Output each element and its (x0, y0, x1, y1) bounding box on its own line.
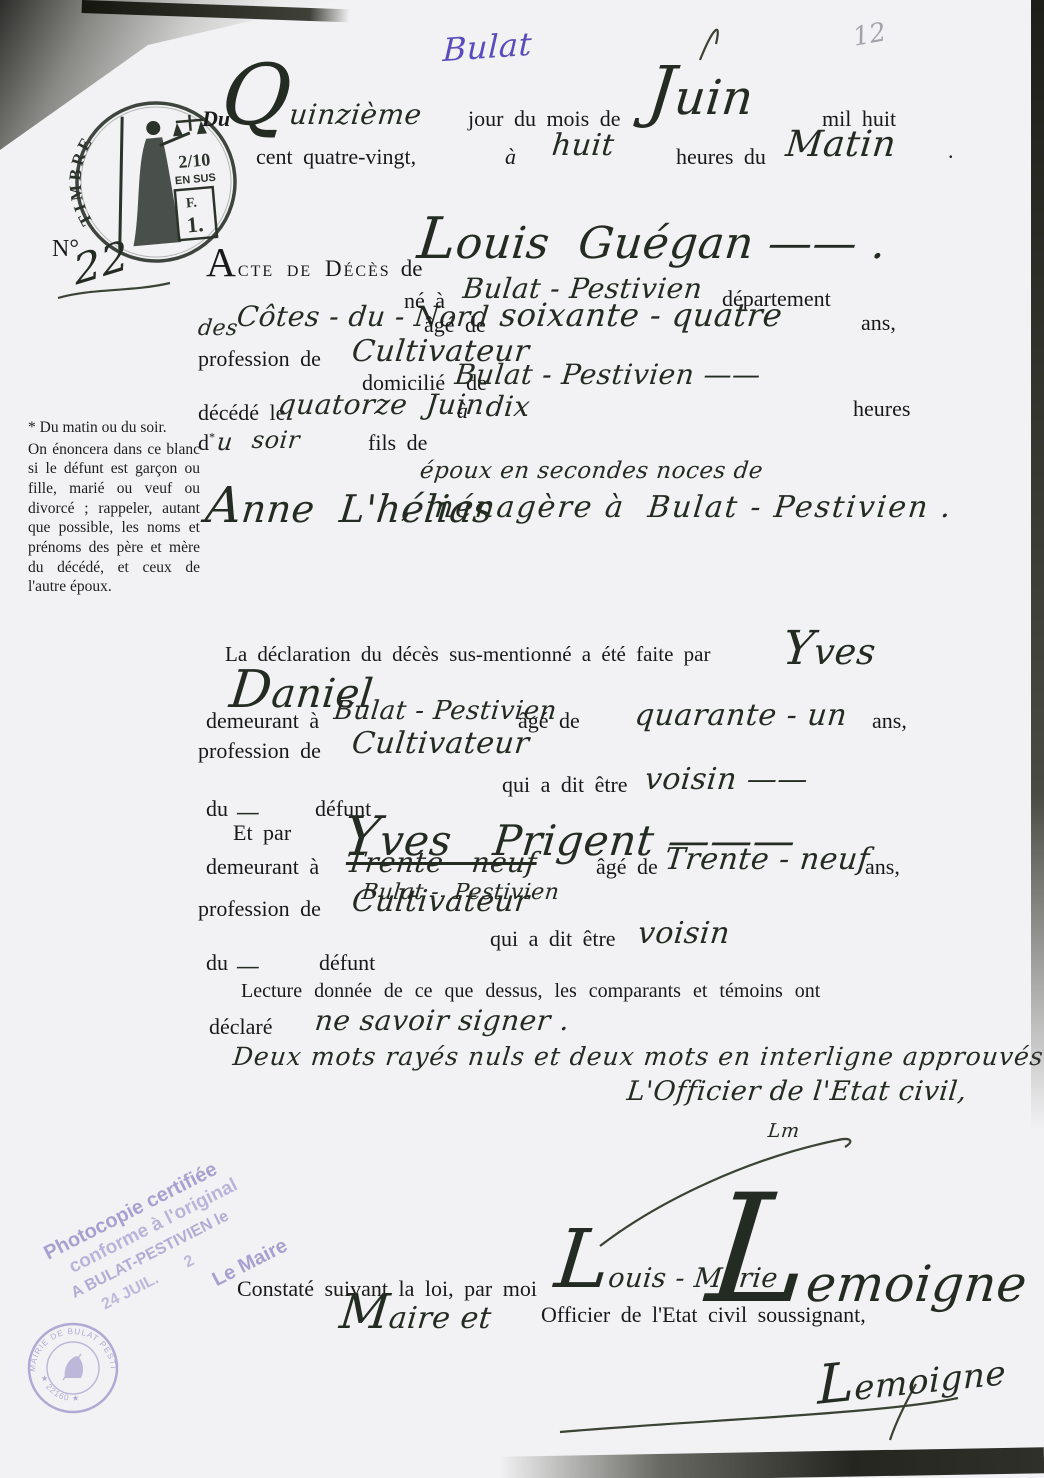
form-profession-label: profession de (198, 346, 321, 372)
form-ans-1: ans, (872, 708, 907, 734)
declarant1-firstname-handwritten: Yves (780, 622, 879, 676)
form-age-label-2: âgé de (596, 854, 658, 880)
margin-note-body: On énoncera dans ce blanc si le défunt e… (28, 440, 200, 597)
blue-ink-note: Bulat (442, 25, 533, 69)
death-certificate-scan: TIMBRE 2/10 EN SUS F. 1. Photocopie cert… (0, 0, 1044, 1478)
form-profession-label-2: profession de (198, 896, 321, 922)
u-handwritten: u (216, 428, 235, 456)
form-ans-2: ans, (865, 854, 900, 880)
deceased-name-handwritten: Louis Guégan —— . (415, 206, 891, 272)
hour-handwritten: huit (550, 128, 616, 163)
declarant2-quality-handwritten: voisin (636, 916, 732, 951)
form-d-asterisk: d* (198, 430, 215, 456)
form-qui-a-dit-etre-1: qui a dit être (502, 772, 628, 798)
form-a2-label: à (457, 398, 468, 424)
maire-et-handwritten: Maire et (337, 1284, 495, 1340)
domicile-handwritten: Bulat - Pestivien —— (453, 358, 762, 391)
number-underline-flourish (58, 283, 170, 298)
death-hour-handwritten: dix (484, 390, 532, 423)
form-period: . (948, 138, 954, 164)
form-decede-le: décédé le (198, 400, 285, 426)
form-profession-label-1: profession de (198, 738, 321, 764)
form-qui-a-dit-etre-2: qui a dit être (490, 926, 616, 952)
form-declare-label: déclaré (209, 1014, 273, 1040)
form-officier-soussignant: Officier de l'Etat civil soussignant, (541, 1302, 866, 1328)
death-date-handwritten: quatorze Juin (276, 388, 486, 421)
form-a-label: à (505, 144, 516, 170)
form-defunt-2: défunt (319, 950, 375, 976)
mots-rayes-handwritten: Deux mots rayés nuls et deux mots en int… (231, 1042, 1044, 1071)
paraph-handwritten: Lm (767, 1120, 801, 1142)
form-heures: heures (853, 396, 910, 422)
spouse-detail-handwritten: , ménagère à Bulat - Pestivien . (400, 490, 954, 525)
des-handwritten: des (197, 316, 240, 341)
form-cent-quatre-vingt: cent quatre-vingt, (256, 144, 416, 170)
day-handwritten: Quinzième (217, 46, 429, 144)
act-title: Acte de Décèsde (206, 238, 422, 286)
form-du-2: du (206, 950, 228, 976)
form-fils-de: fils de (368, 430, 427, 456)
act-title-smallcaps: Acte de Décès (206, 238, 391, 286)
declarant2-profession-handwritten: Cultivateur (350, 884, 531, 919)
declarant1-age-handwritten: quarante - un (633, 698, 849, 733)
form-et-par: Et par (233, 820, 291, 846)
declarant1-quality-handwritten: voisin —— (643, 762, 810, 797)
form-lecture-line: Lecture donnée de ce que dessus, les com… (241, 980, 820, 1003)
form-demeurant-a-2: demeurant à (206, 854, 319, 880)
pencil-page-number: 12 (851, 17, 889, 52)
ne-savoir-signer-handwritten: ne savoir signer . (313, 1004, 571, 1037)
time-of-day-handwritten: Matin (784, 124, 898, 165)
age-handwritten: soixante - quatre (498, 296, 784, 334)
form-demeurant-a-1: demeurant à (206, 708, 319, 734)
form-ans: ans, (861, 310, 896, 336)
declarant2-dash-handwritten: — (235, 952, 262, 980)
officier-etat-civil-handwritten: L'Officier de l'Etat civil, (625, 1076, 968, 1107)
soir-handwritten: soir (251, 426, 302, 454)
form-du-1: du (206, 796, 228, 822)
declarant2-crossed-out-handwritten: Trente neuf (344, 846, 538, 879)
asterisk-mark: * (209, 431, 215, 445)
margin-note: * Du matin ou du soir. On énoncera dans … (28, 418, 200, 599)
month-handwritten: Juin (644, 52, 758, 130)
declarant2-age-handwritten: Trente - neuf (663, 842, 871, 877)
margin-note-asterisk: * Du matin ou du soir. (28, 418, 200, 438)
form-heures-du: heures du (676, 144, 766, 170)
declarant1-profession-handwritten: Cultivateur (350, 726, 531, 761)
